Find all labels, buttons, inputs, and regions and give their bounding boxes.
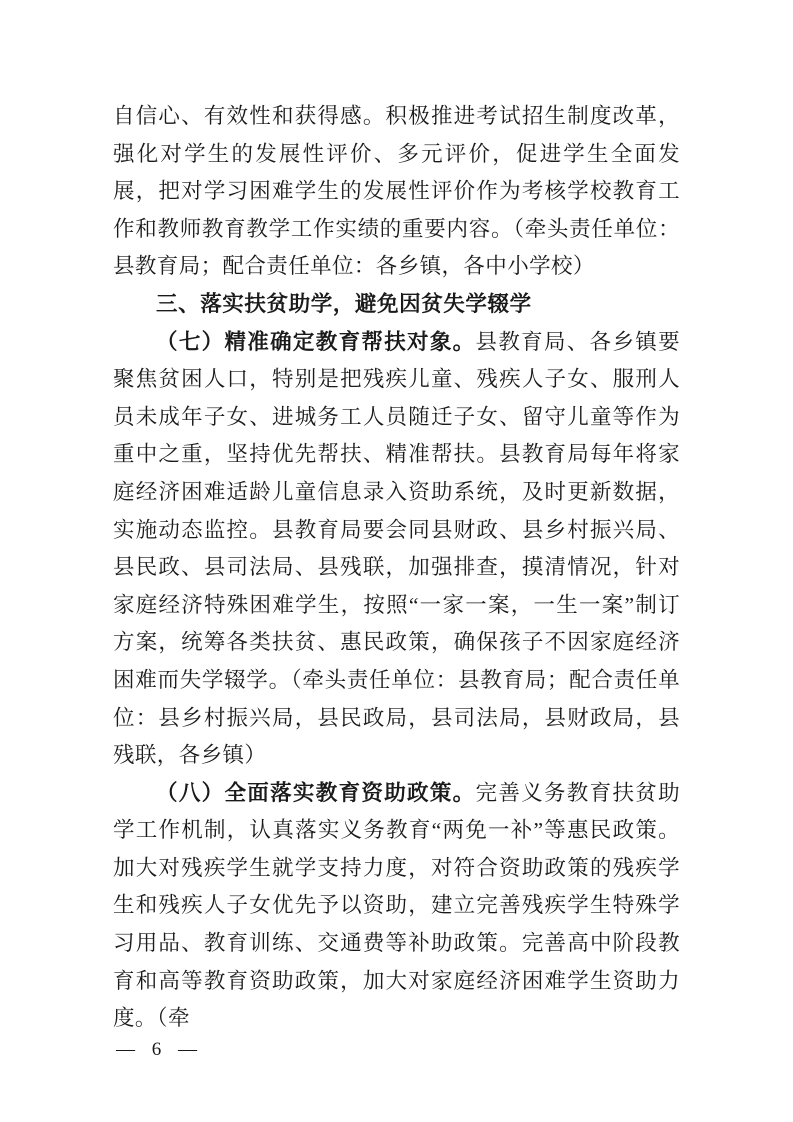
paragraph-item-seven: （七）精准确定教育帮扶对象。县教育局、各乡镇要聚焦贫困人口，特别是把残疾儿童、残… [113, 324, 680, 775]
item-seven-lead: （七）精准确定教育帮扶对象。 [156, 330, 476, 354]
paragraph-item-eight: （八）全面落实教育资助政策。完善义务教育扶贫助学工作机制，认真落实义务教育“两免… [113, 775, 680, 1038]
document-page: 自信心、有效性和获得感。积极推进考试招生制度改革，强化对学生的发展性评价、多元评… [0, 0, 793, 1122]
page-number: — 6 — [116, 1038, 203, 1062]
section-heading: 三、落实扶贫助学，避免因贫失学辍学 [113, 286, 680, 324]
item-eight-lead: （八）全面落实教育资助政策。 [156, 781, 476, 805]
document-body: 自信心、有效性和获得感。积极推进考试招生制度改革，强化对学生的发展性评价、多元评… [113, 98, 680, 1038]
paragraph-continuation: 自信心、有效性和获得感。积极推进考试招生制度改革，强化对学生的发展性评价、多元评… [113, 98, 680, 286]
item-eight-body: 完善义务教育扶贫助学工作机制，认真落实义务教育“两免一补”等惠民政策。加大对残疾… [113, 781, 680, 1031]
item-seven-body: 县教育局、各乡镇要聚焦贫困人口，特别是把残疾儿童、残疾人子女、服刑人员未成年子女… [113, 330, 680, 768]
